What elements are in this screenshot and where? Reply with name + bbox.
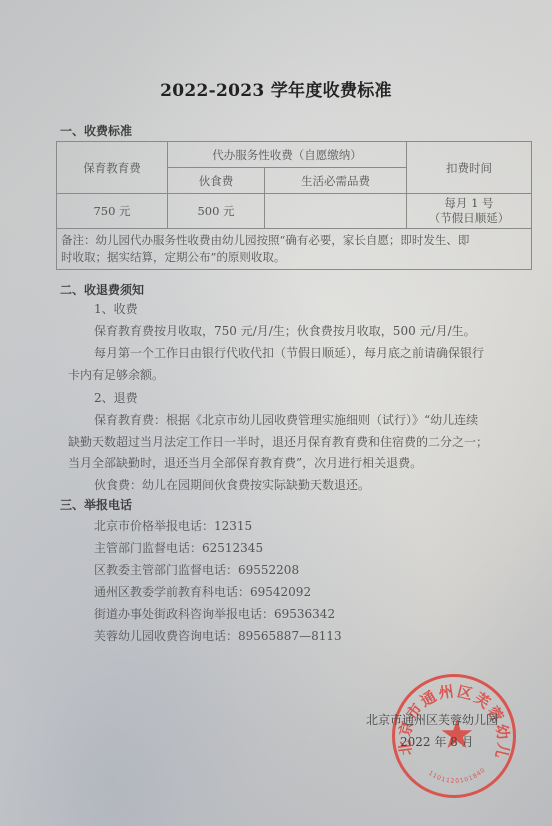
phone-price-report: 北京市价格举报电话：12315 — [94, 517, 252, 534]
header-daily-necessities-fee: 生活必需品费 — [265, 168, 407, 194]
signature-org: 北京市通州区芙蓉幼儿园 — [366, 711, 498, 728]
phone-supervisor-dept: 主管部门监督电话：62512345 — [94, 539, 263, 556]
refund-paragraph-2: 伙食费：幼儿在园期间伙食费按实际缺勤天数退还。 — [94, 476, 370, 494]
note-line2: 时收取；据实结算，定期公布”的原则收取。 — [61, 249, 527, 266]
svg-text:1101120101840: 1101120101840 — [427, 766, 487, 784]
note-line1: 备注：幼儿园代办服务性收费由幼儿园按照“确有必要，家长自愿；即时发生、即 — [61, 232, 527, 249]
document-title: 2022-2023 学年度收费标准 — [0, 76, 552, 101]
collection-paragraph-2-line1: 每月第一个工作日由银行代收代扣（节假日顺延），每月底之前请确保银行 — [94, 344, 484, 362]
phone-tongzhou-preschool: 通州区教委学前教育科电话：69542092 — [94, 583, 311, 600]
header-agency-service-fee: 代办服务性收费（自愿缴纳） — [168, 142, 407, 168]
phone-district-education: 区教委主管部门监督电话：69552208 — [94, 561, 299, 578]
table-note: 备注：幼儿园代办服务性收费由幼儿园按照“确有必要，家长自愿；即时发生、即 时收取… — [57, 229, 532, 270]
cell-meal-fee: 500 元 — [168, 194, 265, 229]
section-refund-notice-heading: 二、收退费须知 — [60, 281, 144, 298]
header-deduction-time: 扣费时间 — [407, 142, 532, 194]
phone-kindergarten-inquiry: 芙蓉幼儿园收费咨询电话：89565887—8113 — [94, 627, 342, 644]
refund-paragraph-1-line3: 当月全部缺勤时，退还当月全部保育教育费”，次月进行相关退费。 — [68, 454, 422, 472]
refund-paragraph-1-line2: 缺勤天数超过当月法定工作日一半时，退还月保育教育费和住宿费的二分之一； — [68, 433, 488, 451]
deduction-time-line2: （节假日顺延） — [407, 211, 531, 226]
cell-daily-necessities-fee — [265, 194, 407, 229]
signature-date: 2022 年 8 月 — [400, 733, 474, 750]
cell-deduction-time: 每月 1 号 （节假日顺延） — [407, 194, 532, 229]
collection-paragraph-2-line2: 卡内有足够余额。 — [68, 366, 164, 384]
sub-heading-collection: 1、收费 — [94, 300, 138, 318]
collection-paragraph-1: 保育教育费按月收取，750 元/月/生；伙食费按月收取，500 元/月/生。 — [94, 322, 476, 340]
deduction-time-line1: 每月 1 号 — [407, 196, 531, 211]
section-report-phones-heading: 三、举报电话 — [60, 496, 132, 513]
header-meal-fee: 伙食费 — [168, 168, 265, 194]
document-page: 2022-2023 学年度收费标准 一、收费标准 保育教育费 代办服务性收费（自… — [0, 0, 552, 826]
section-fee-standard-heading: 一、收费标准 — [60, 122, 132, 139]
fee-standard-table: 保育教育费 代办服务性收费（自愿缴纳） 扣费时间 伙食费 生活必需品费 750 … — [56, 141, 532, 270]
header-childcare-education-fee: 保育教育费 — [57, 142, 168, 194]
phone-street-office: 街道办事处街政科咨询举报电话：69536342 — [94, 605, 335, 622]
cell-childcare-education-fee: 750 元 — [57, 194, 168, 229]
refund-paragraph-1-line1: 保育教育费：根据《北京市幼儿园收费管理实施细则（试行）》“幼儿连续 — [94, 411, 478, 429]
sub-heading-refund: 2、退费 — [94, 389, 138, 407]
